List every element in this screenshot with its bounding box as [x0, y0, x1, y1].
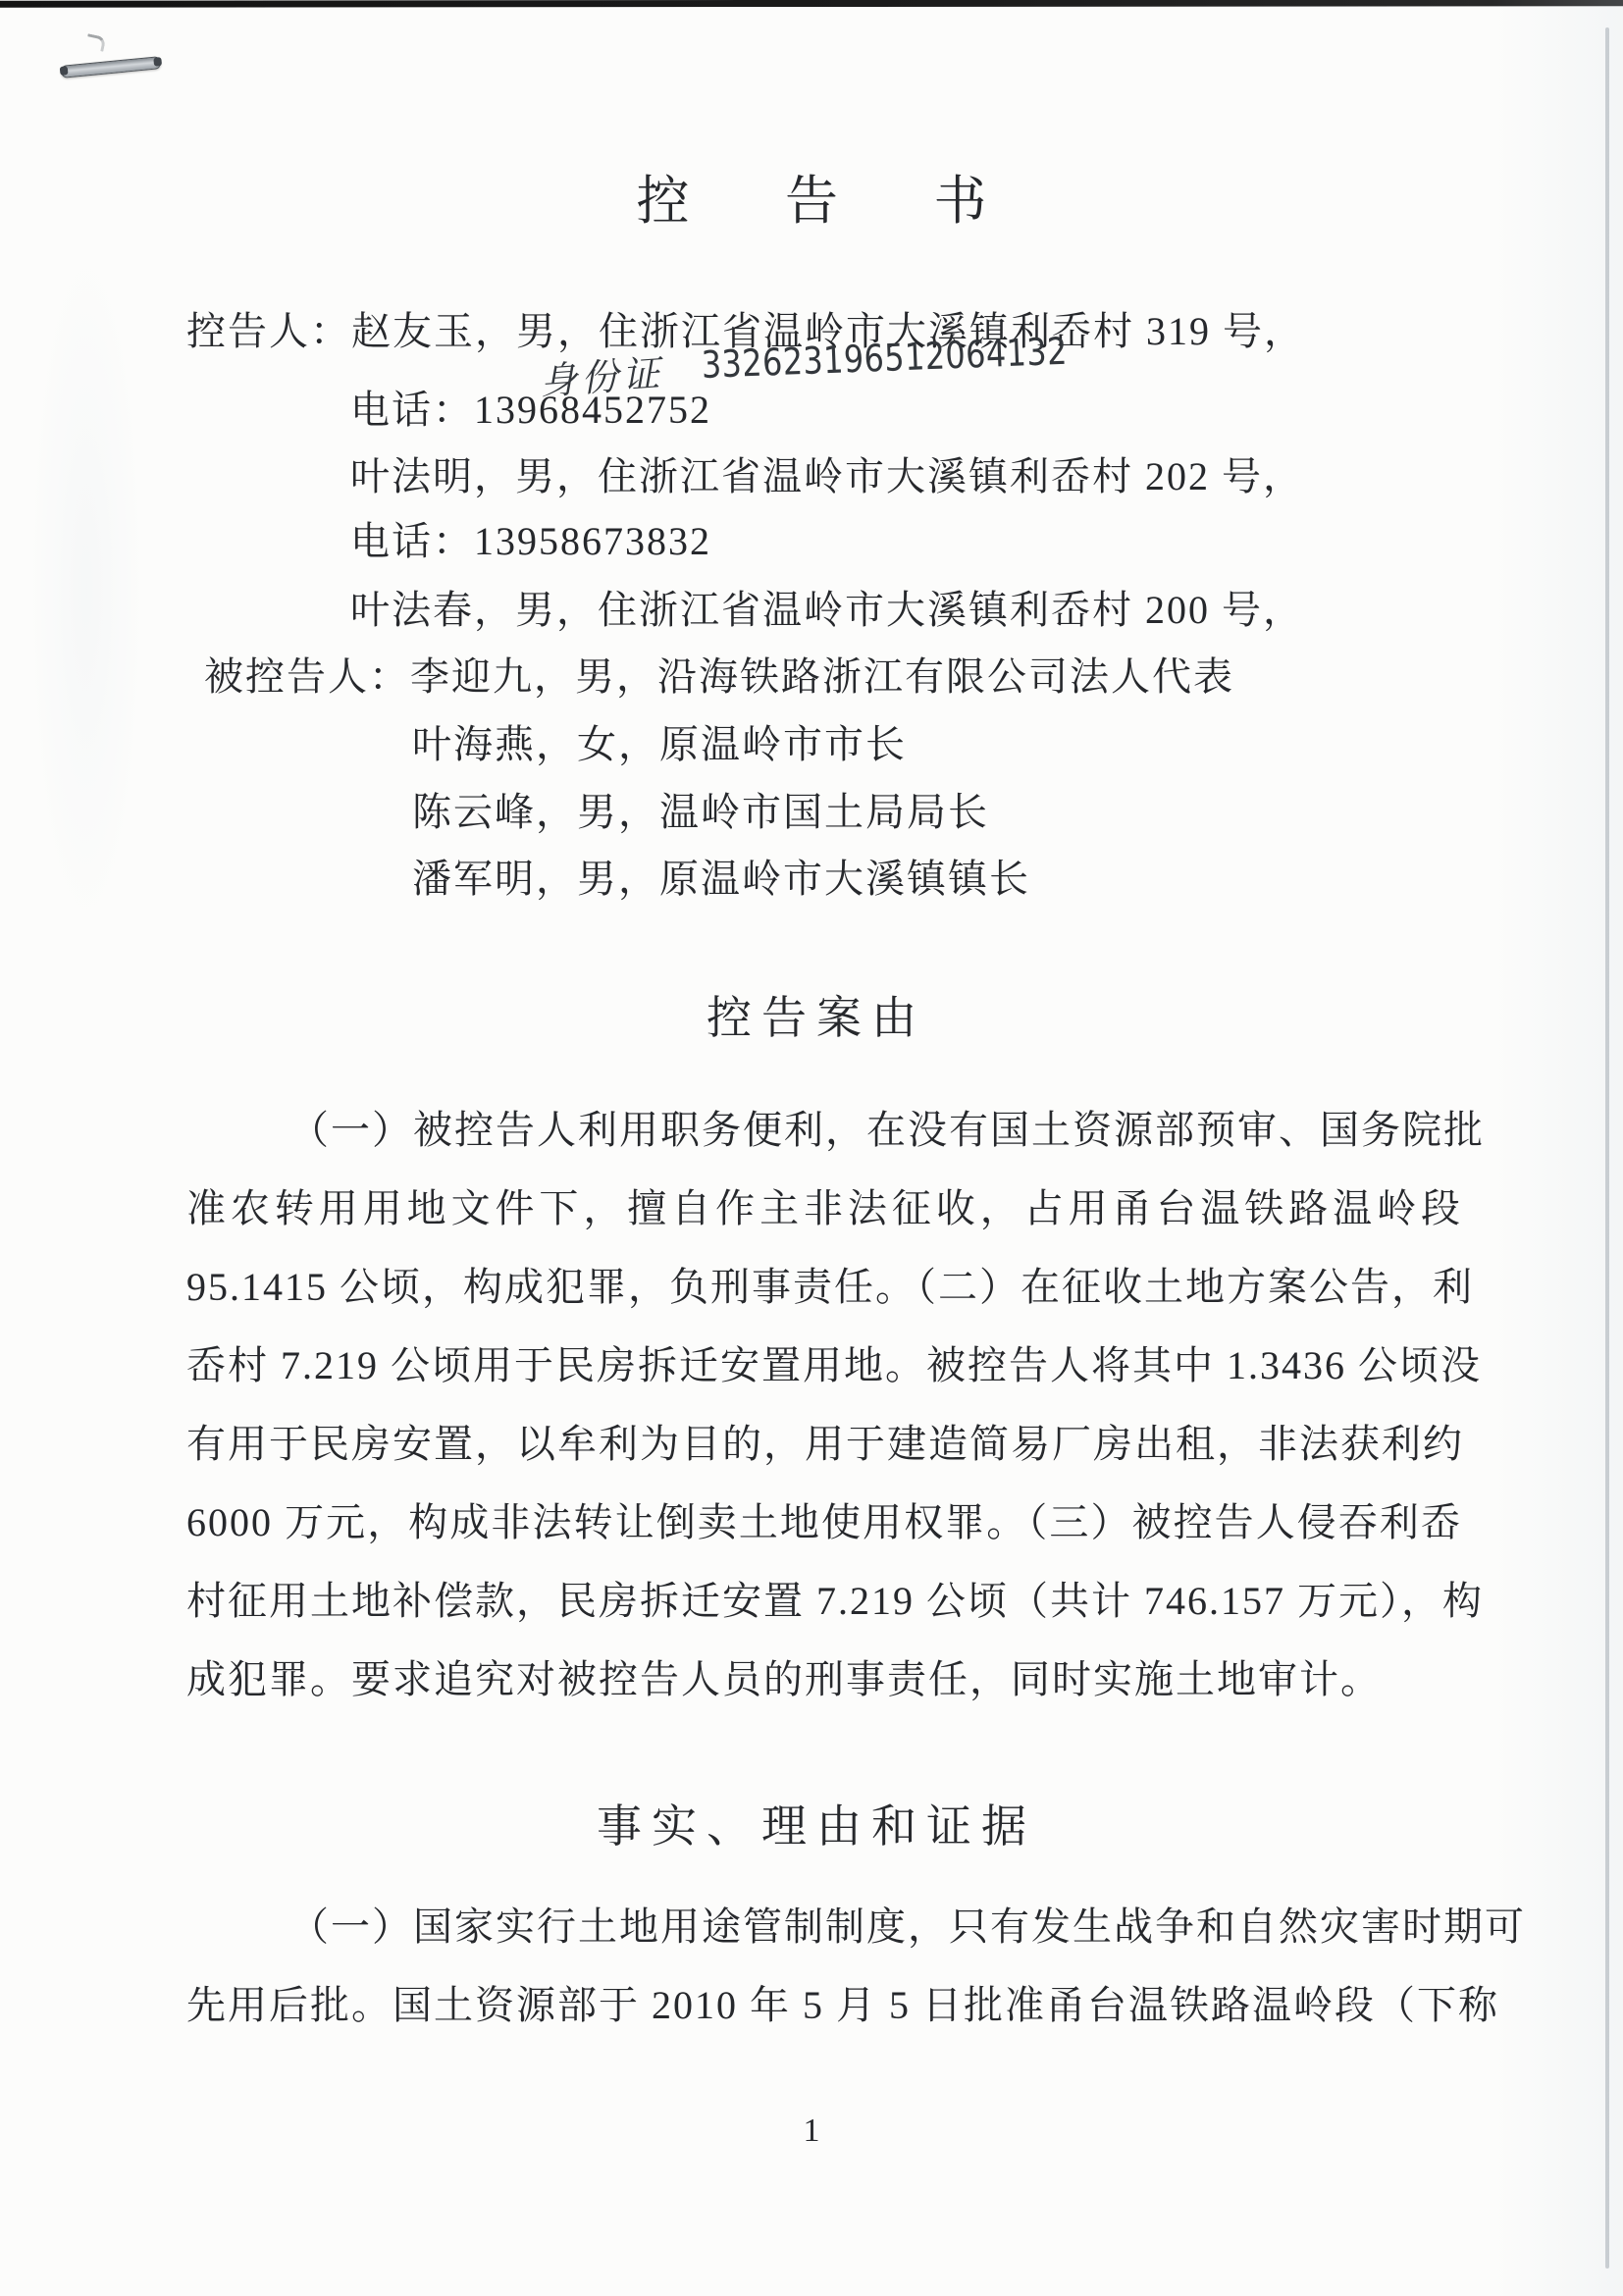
party-text: 叶法春，男，住浙江省温岭市大溪镇利岙村 200 号， [350, 588, 1304, 632]
body-line: （一）被控告人利用职务便利，在没有国土资源部预审、国务院批 [186, 1105, 1462, 1156]
party-row: 被控告人：李迎九，男，沿海铁路浙江有限公司法人代表 [204, 652, 1234, 703]
scan-edge-right [1605, 27, 1609, 2269]
body-line: 准农转用用地文件下，擅自作主非法征收，占用甬台温铁路温岭段 [186, 1183, 1462, 1234]
party-text: 潘军明，男，原温岭市大溪镇镇长 [412, 857, 1030, 901]
page-number: 1 [0, 2112, 1623, 2151]
body-line: （一）国家实行土地用途管制制度，只有发生战争和自然灾害时期可 [186, 1902, 1462, 1953]
party-text: 李迎九，男，沿海铁路浙江有限公司法人代表 [410, 654, 1234, 699]
body-line: 岙村 7.219 公顷用于民房拆迁安置用地。被控告人将其中 1.3436 公顷没 [186, 1340, 1462, 1391]
scanned-document-page: 控 告 书 身份证 332623196512064132 控告人：赵友玉，男，住… [0, 0, 1623, 2296]
party-text: 叶法明，男，住浙江省温岭市大溪镇利岙村 202 号， [350, 454, 1304, 498]
pen-scratch-mark [85, 33, 107, 52]
party-row: 陈云峰，男，温岭市国土局局长 [412, 787, 989, 838]
party-label: 控告人： [186, 309, 351, 353]
party-row: 叶法春，男，住浙江省温岭市大溪镇利岙村 200 号， [350, 585, 1304, 636]
page-title: 控 告 书 [0, 167, 1623, 235]
body-line: 先用后批。国土资源部于 2010 年 5 月 5 日批准甬台温铁路温岭段（下称 [186, 1980, 1462, 2031]
section-heading: 事实、理由和证据 [0, 1798, 1623, 1856]
body-line: 村征用土地补偿款，民房拆迁安置 7.219 公顷（共计 746.157 万元），… [186, 1576, 1462, 1627]
staple-mark [61, 56, 162, 78]
party-row: 叶海燕，女，原温岭市市长 [412, 719, 907, 770]
party-row: 潘军明，男，原温岭市大溪镇镇长 [412, 854, 1030, 905]
section-heading: 控告案由 [0, 989, 1623, 1048]
party-text: 陈云峰，男，温岭市国土局局长 [412, 790, 989, 834]
body-line: 95.1415 公顷，构成犯罪，负刑事责任。（二）在征收土地方案公告，利 [186, 1262, 1462, 1313]
party-text: 电话：13958673832 [350, 519, 711, 563]
body-line: 成犯罪。要求追究对被控告人员的刑事责任，同时实施土地审计。 [186, 1654, 1462, 1705]
party-row: 电话：13958673832 [350, 516, 711, 567]
body-line: 有用于民房安置，以牟利为目的，用于建造简易厂房出租，非法获利约 [186, 1419, 1462, 1470]
scan-tint-left [27, 235, 145, 942]
scan-edge-top [0, 0, 1623, 8]
handwritten-id-label: 身份证 [538, 342, 665, 405]
body-line: 6000 万元，构成非法转让倒卖土地使用权罪。（三）被控告人侵吞利岙 [186, 1497, 1462, 1548]
party-label: 被控告人： [204, 654, 410, 699]
party-row: 叶法明，男，住浙江省温岭市大溪镇利岙村 202 号， [350, 451, 1304, 502]
party-text: 叶海燕，女，原温岭市市长 [412, 722, 907, 766]
